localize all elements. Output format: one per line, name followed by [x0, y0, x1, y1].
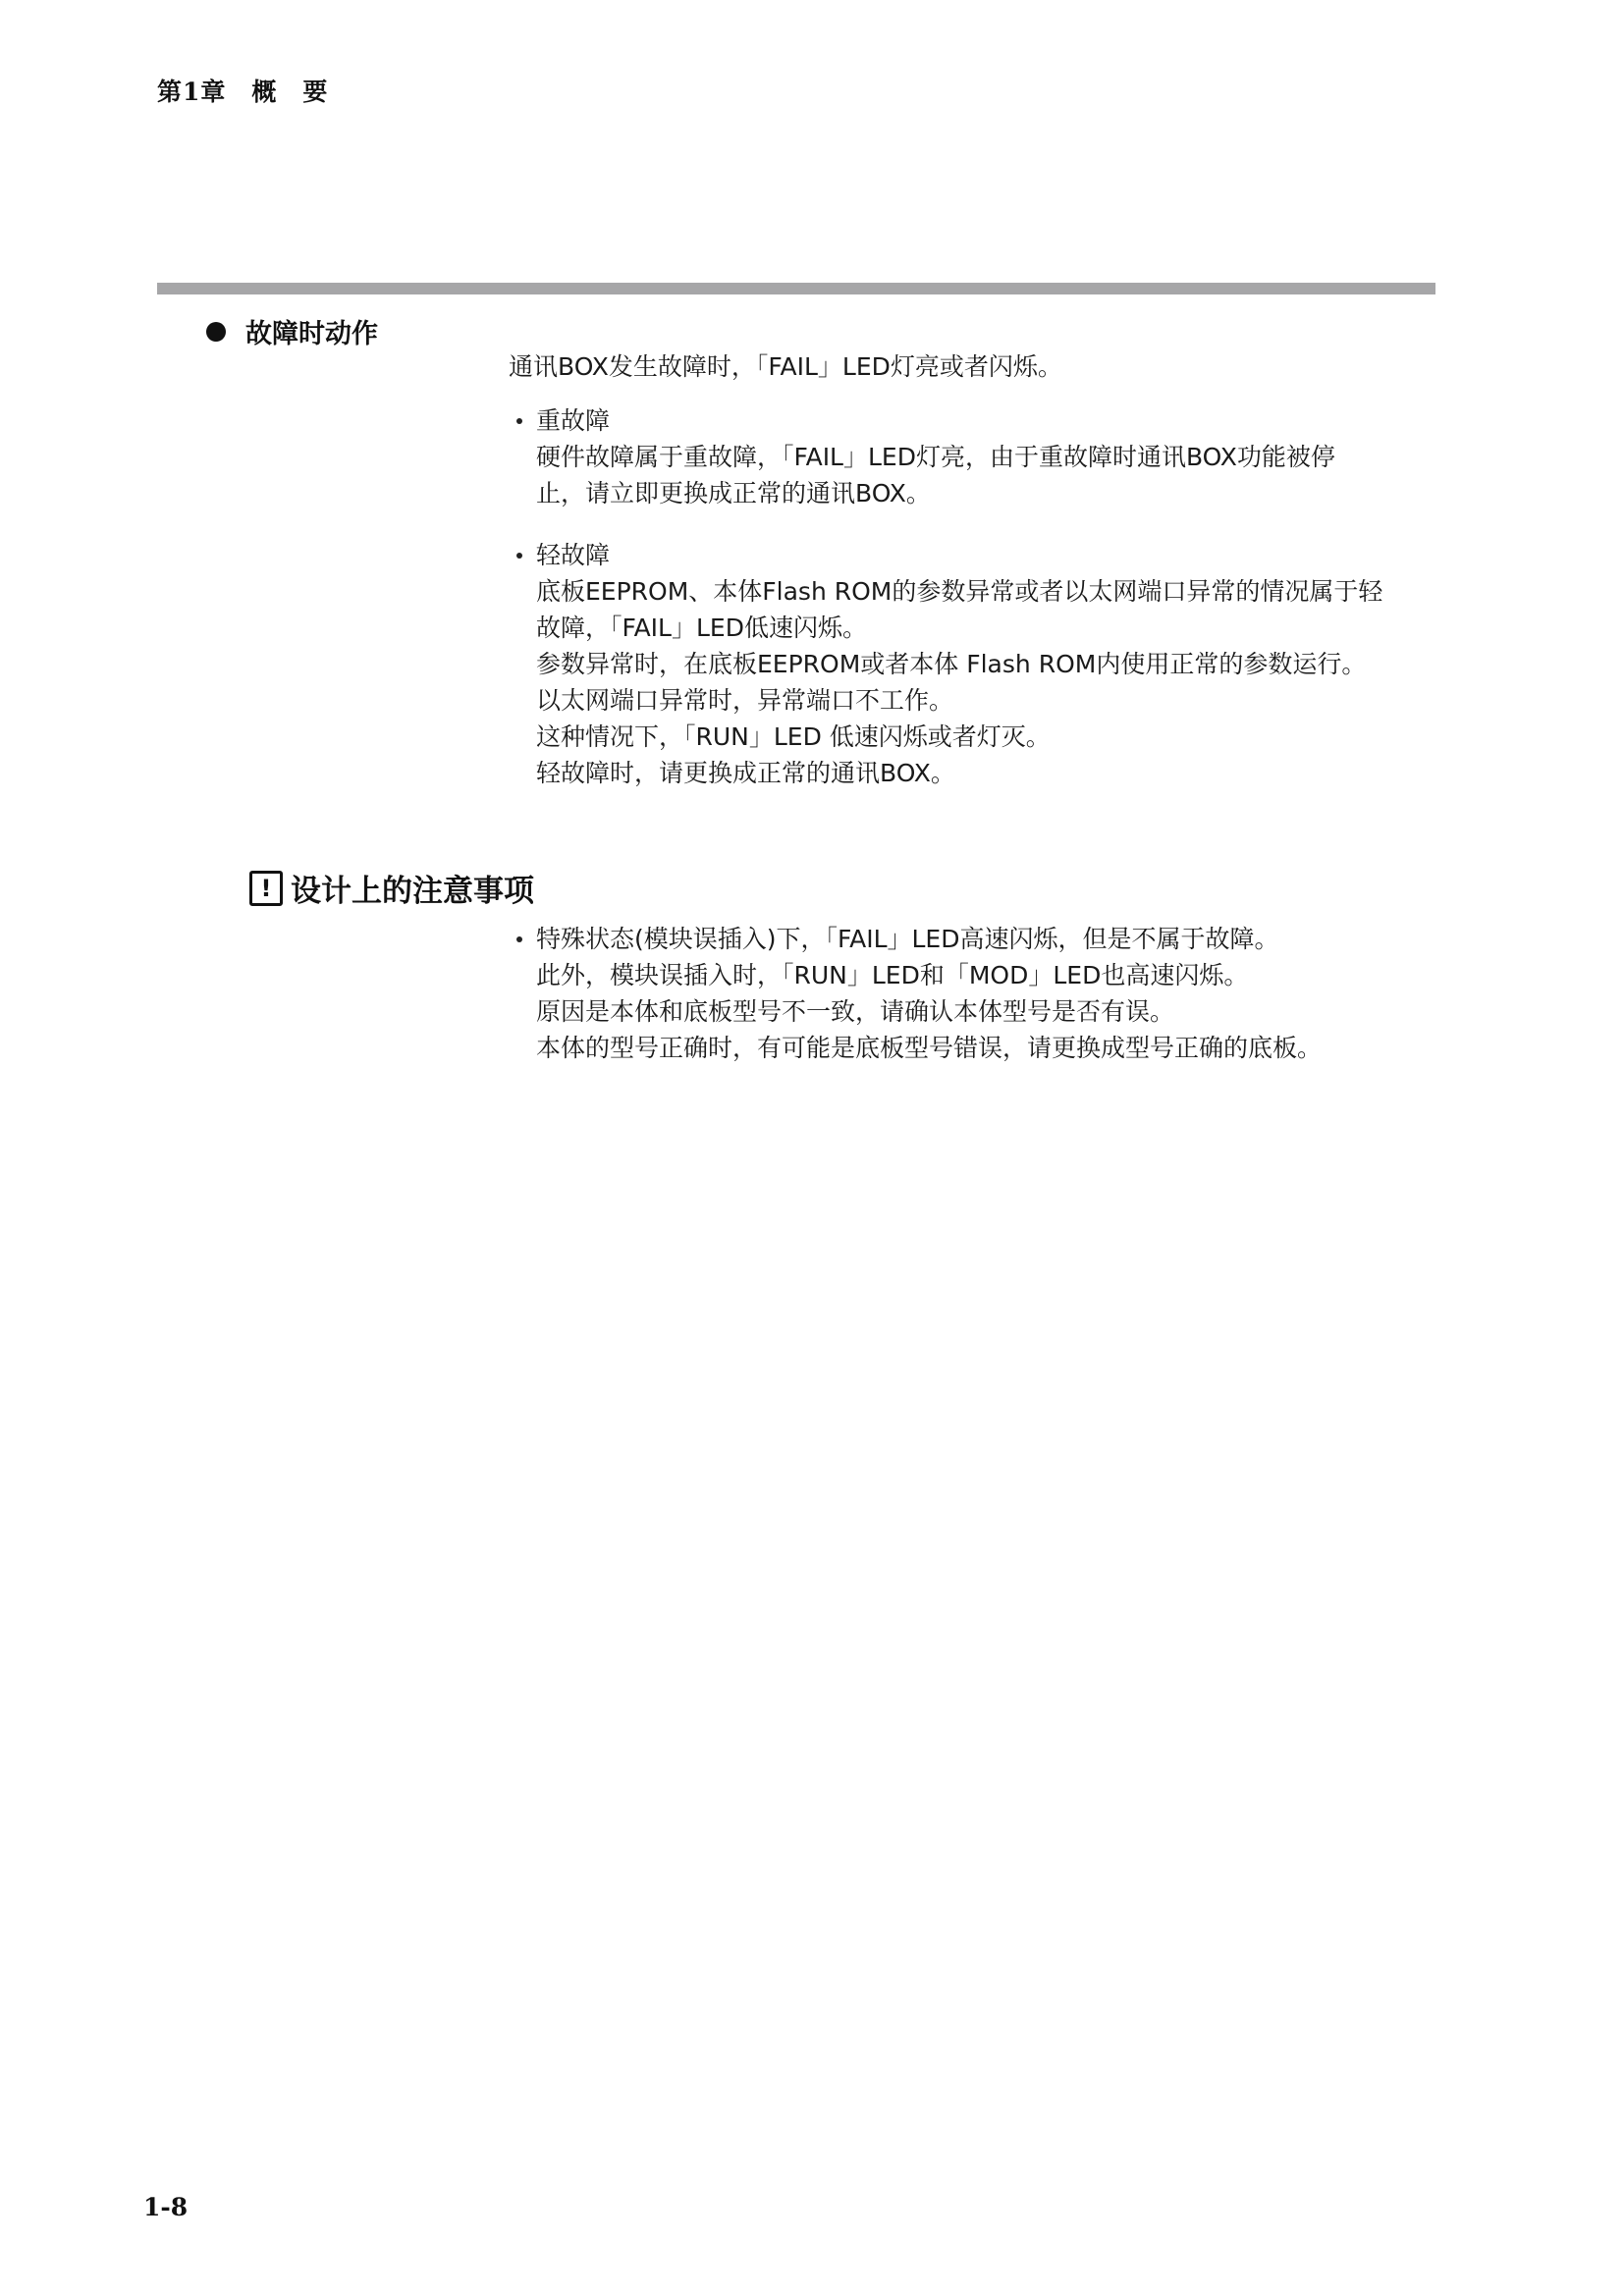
paragraph-line: 此外，模块误插入时，「RUN」LED和「MOD」LED也高速闪烁。: [536, 957, 1322, 993]
paragraph-line: 硬件故障属于重故障，「FAIL」LED灯亮，由于重故障时通讯BOX功能被停: [536, 439, 1335, 475]
light-fault-block: 轻故障 底板EEPROM、本体Flash ROM的参数异常或者以太网端口异常的情…: [516, 537, 1382, 791]
paragraph-line: 原因是本体和底板型号不一致，请确认本体型号是否有误。: [536, 993, 1322, 1030]
caution-icon: !: [249, 871, 283, 906]
caution-title: 设计上的注意事项: [291, 866, 534, 910]
paragraph-line: 轻故障时，请更换成正常的通讯BOX。: [536, 755, 1382, 791]
paragraph-line: 底板EEPROM、本体Flash ROM的参数异常或者以太网端口异常的情况属于轻: [536, 573, 1382, 610]
caution-heading: ! 设计上的注意事项: [249, 866, 534, 910]
paragraph-line: 以太网端口异常时，异常端口不工作。: [536, 682, 1382, 719]
caution-body: 特殊状态(模块误插入)下，「FAIL」LED高速闪烁，但是不属于故障。 此外，模…: [516, 921, 1322, 1066]
chapter-header: 第1章 概 要: [157, 73, 328, 108]
section-divider: [157, 283, 1435, 294]
heavy-fault-title: 重故障: [536, 402, 610, 439]
heavy-fault-block: 重故障 硬件故障属于重故障，「FAIL」LED灯亮，由于重故障时通讯BOX功能被…: [516, 402, 1335, 511]
paragraph-line: 故障，「FAIL」LED低速闪烁。: [536, 610, 1382, 646]
paragraph-line: 参数异常时，在底板EEPROM或者本体 Flash ROM内使用正常的参数运行。: [536, 646, 1382, 682]
bullet-dot-icon: [516, 553, 522, 559]
bullet-dot-icon: [516, 936, 522, 942]
bullet-dot-icon: [516, 418, 522, 424]
light-fault-title: 轻故障: [536, 537, 610, 573]
fault-section-title: 故障时动作: [245, 312, 378, 350]
page-number: 1-8: [143, 2193, 188, 2221]
fault-intro-text: 通讯BOX发生故障时，「FAIL」LED灯亮或者闪烁。: [509, 348, 1062, 385]
paragraph-line: 止，请立即更换成正常的通讯BOX。: [536, 475, 1335, 511]
paragraph-line: 这种情况下，「RUN」LED 低速闪烁或者灯灭。: [536, 719, 1382, 755]
paragraph-line: 本体的型号正确时，有可能是底板型号错误，请更换成型号正确的底板。: [536, 1030, 1322, 1066]
fault-section-heading: 故障时动作: [206, 312, 378, 350]
bullet-icon: [206, 322, 226, 342]
paragraph-line: 特殊状态(模块误插入)下，「FAIL」LED高速闪烁，但是不属于故障。: [536, 921, 1278, 957]
